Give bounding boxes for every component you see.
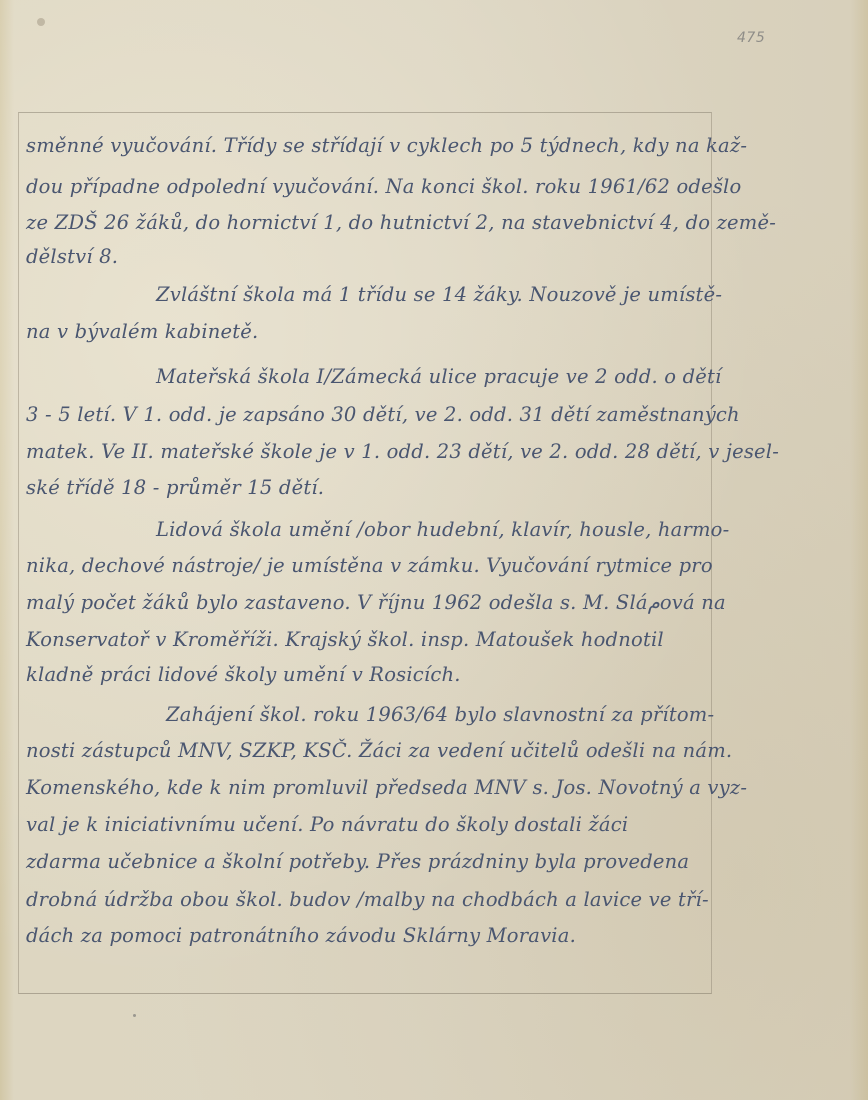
- paragraph-zahajeni-line-2: nosti zástupců MNV, SZKP, KSČ. Žáci za v…: [26, 739, 732, 762]
- paragraph-zahajeni-line-5: zdarma učebnice a školní potřeby. Přes p…: [26, 850, 689, 873]
- paragraph-zahajeni-line-1: Zahájení škol. roku 1963/64 bylo slavnos…: [26, 703, 714, 726]
- paragraph-zahajeni-line-4: val je k iniciativnímu učení. Po návratu…: [26, 813, 628, 836]
- paragraph-zahajeni-line-7: dách za pomoci patronátního závodu Sklár…: [26, 924, 576, 947]
- paper-page: 475 směnné vyučování. Třídy se střídají …: [0, 0, 868, 1100]
- paper-speck: [133, 1014, 136, 1017]
- paragraph-lidova-skola-line-3: malý počet žáků bylo zastaveno. V říjnu …: [26, 591, 726, 614]
- paragraph-lidova-skola-line-1: Lidová škola umění /obor hudební, klavír…: [26, 518, 729, 541]
- text-line-1: směnné vyučování. Třídy se střídají v cy…: [26, 134, 747, 157]
- paragraph-materska-skola-line-4: ské třídě 18 - průměr 15 dětí.: [26, 476, 324, 499]
- paragraph-materska-skola-line-3: matek. Ve II. mateřské škole je v 1. odd…: [26, 440, 779, 463]
- paragraph-materska-skola-line-2: 3 - 5 letí. V 1. odd. je zapsáno 30 dětí…: [26, 403, 740, 426]
- text-line-2: dou případne odpolední vyučování. Na kon…: [26, 175, 741, 198]
- page-number: 475: [737, 30, 765, 46]
- paragraph-zahajeni-line-6: drobná údržba obou škol. budov /malby na…: [26, 888, 709, 911]
- paragraph-lidova-skola-line-4: Konservatoř v Kroměříži. Krajský škol. i…: [26, 628, 664, 651]
- paragraph-lidova-skola-line-2: nika, dechové nástroje/ je umístěna v zá…: [26, 554, 713, 577]
- paragraph-zahajeni-line-3: Komenského, kde k nim promluvil předseda…: [26, 776, 747, 799]
- paragraph-materska-skola-line-1: Mateřská škola I/Zámecká ulice pracuje v…: [26, 365, 721, 388]
- paragraph-zvlastni-skola-line-2: na v bývalém kabinetě.: [26, 320, 258, 343]
- paragraph-zvlastni-skola-line-1: Zvláštní škola má 1 třídu se 14 žáky. No…: [26, 283, 722, 306]
- text-line-3: ze ZDŠ 26 žáků, do hornictví 1, do hutni…: [26, 211, 776, 234]
- paragraph-lidova-skola-line-5: kladně práci lidové školy umění v Rosicí…: [26, 663, 461, 686]
- ink-blot: [37, 18, 45, 26]
- text-line-4: dělství 8.: [26, 245, 118, 268]
